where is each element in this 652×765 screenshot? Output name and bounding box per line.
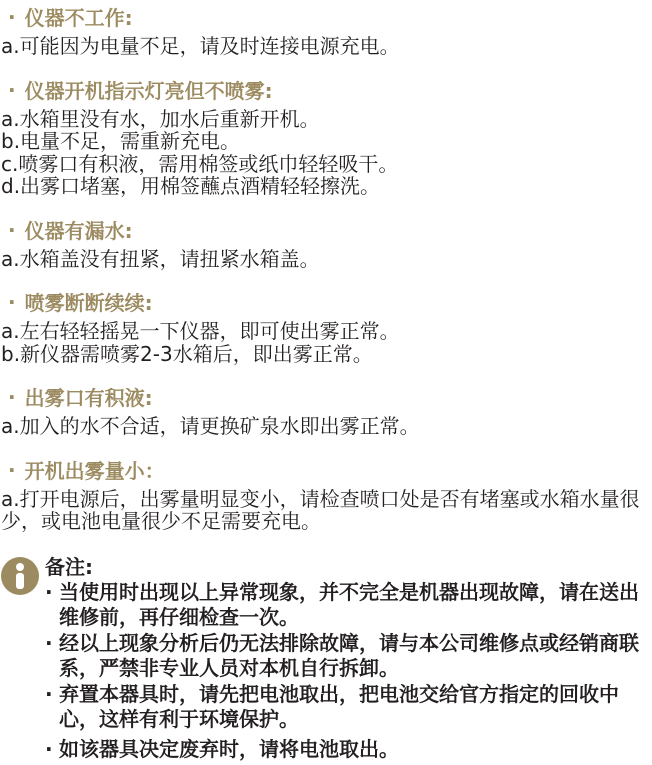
faq-answer: c.喷雾口有积液，需用棉签或纸巾轻轻吸干。	[1, 153, 650, 176]
faq-section-device-not-working: · 仪器不工作: a.可能因为电量不足，请及时连接电源充电。	[1, 6, 650, 58]
faq-answer: a.左右轻轻摇晃一下仪器，即可使出雾正常。	[1, 320, 650, 343]
note-text: 如该器具决定废弃时，请将电池取出。	[59, 737, 650, 763]
note-item: · 当使用时出现以上异常现象，并不完全是机器出现故障，请在送出维修前，再仔细检查…	[45, 580, 650, 631]
faq-answer: d.出雾口堵塞，用棉签蘸点酒精轻轻擦洗。	[1, 175, 650, 198]
bullet-icon: ·	[45, 580, 59, 606]
note-text: 当使用时出现以上异常现象，并不完全是机器出现故障，请在送出维修前，再仔细检查一次…	[59, 580, 650, 631]
section-title: · 出雾口有积液:	[1, 386, 650, 410]
note-item: · 经以上现象分析后仍无法排除故障，请与本公司维修点或经销商联系，严禁非专业人员…	[45, 631, 650, 682]
bullet-icon: ·	[8, 290, 16, 314]
faq-answer: b.新仪器需喷雾2-3水箱后，即出雾正常。	[1, 343, 650, 366]
bullet-icon: ·	[8, 5, 16, 29]
faq-answer: a.水箱盖没有扭紧，请扭紧水箱盖。	[1, 248, 650, 271]
note-text: 弃置本器具时，请先把电池取出，把电池交给官方指定的回收中心，这样有利于环境保护。	[59, 682, 650, 733]
section-title-text: 仪器开机指示灯亮但不喷雾:	[25, 79, 273, 103]
section-title: · 仪器不工作:	[1, 6, 650, 30]
section-title: · 仪器有漏水:	[1, 219, 650, 243]
section-title-text: 喷雾断断续续:	[25, 291, 153, 315]
bullet-icon: ·	[45, 682, 59, 708]
manual-troubleshooting-page: · 仪器不工作: a.可能因为电量不足，请及时连接电源充电。 · 仪器开机指示灯…	[0, 0, 652, 762]
faq-section-water-leak: · 仪器有漏水: a.水箱盖没有扭紧，请扭紧水箱盖。	[1, 219, 650, 271]
section-title-text: 开机出雾量小：	[25, 459, 165, 483]
faq-answer: b.电量不足，需重新充电。	[1, 130, 650, 153]
bullet-icon: ·	[8, 218, 16, 242]
bullet-icon: ·	[8, 458, 16, 482]
note-item: · 如该器具决定废弃时，请将电池取出。	[45, 737, 650, 763]
notes-title: 备注:	[45, 554, 650, 580]
faq-answer: a.水箱里没有水，加水后重新开机。	[1, 108, 650, 131]
notes-block: 备注: · 当使用时出现以上异常现象，并不完全是机器出现故障，请在送出维修前，再…	[1, 554, 650, 763]
faq-section-intermittent-mist: · 喷雾断断续续: a.左右轻轻摇晃一下仪器，即可使出雾正常。 b.新仪器需喷雾…	[1, 291, 650, 365]
bullet-icon: ·	[45, 737, 59, 763]
bullet-icon: ·	[8, 78, 16, 102]
bullet-icon: ·	[8, 385, 16, 409]
faq-section-low-mist-output: · 开机出雾量小： a.打开电源后，出雾量明显变小，请检查喷口处是否有堵塞或水箱…	[1, 459, 650, 533]
section-title-text: 仪器不工作:	[25, 6, 133, 30]
notes-body: 备注: · 当使用时出现以上异常现象，并不完全是机器出现故障，请在送出维修前，再…	[45, 554, 650, 763]
note-item: · 弃置本器具时，请先把电池取出，把电池交给官方指定的回收中心，这样有利于环境保…	[45, 682, 650, 733]
section-title: · 仪器开机指示灯亮但不喷雾:	[1, 79, 650, 103]
info-icon	[1, 557, 39, 595]
section-title-text: 出雾口有积液:	[25, 386, 153, 410]
note-text: 经以上现象分析后仍无法排除故障，请与本公司维修点或经销商联系，严禁非专业人员对本…	[59, 631, 650, 682]
section-title: · 喷雾断断续续:	[1, 291, 650, 315]
faq-answer: a.加入的水不合适，请更换矿泉水即出雾正常。	[1, 415, 650, 438]
section-title: · 开机出雾量小：	[1, 459, 650, 483]
faq-section-liquid-at-outlet: · 出雾口有积液: a.加入的水不合适，请更换矿泉水即出雾正常。	[1, 386, 650, 438]
bullet-icon: ·	[45, 631, 59, 657]
faq-section-light-on-no-mist: · 仪器开机指示灯亮但不喷雾: a.水箱里没有水，加水后重新开机。 b.电量不足…	[1, 79, 650, 198]
faq-answer: a.打开电源后，出雾量明显变小，请检查喷口处是否有堵塞或水箱水量很少，或电池电量…	[1, 488, 650, 533]
section-title-text: 仪器有漏水:	[25, 219, 133, 243]
faq-answer: a.可能因为电量不足，请及时连接电源充电。	[1, 35, 650, 58]
